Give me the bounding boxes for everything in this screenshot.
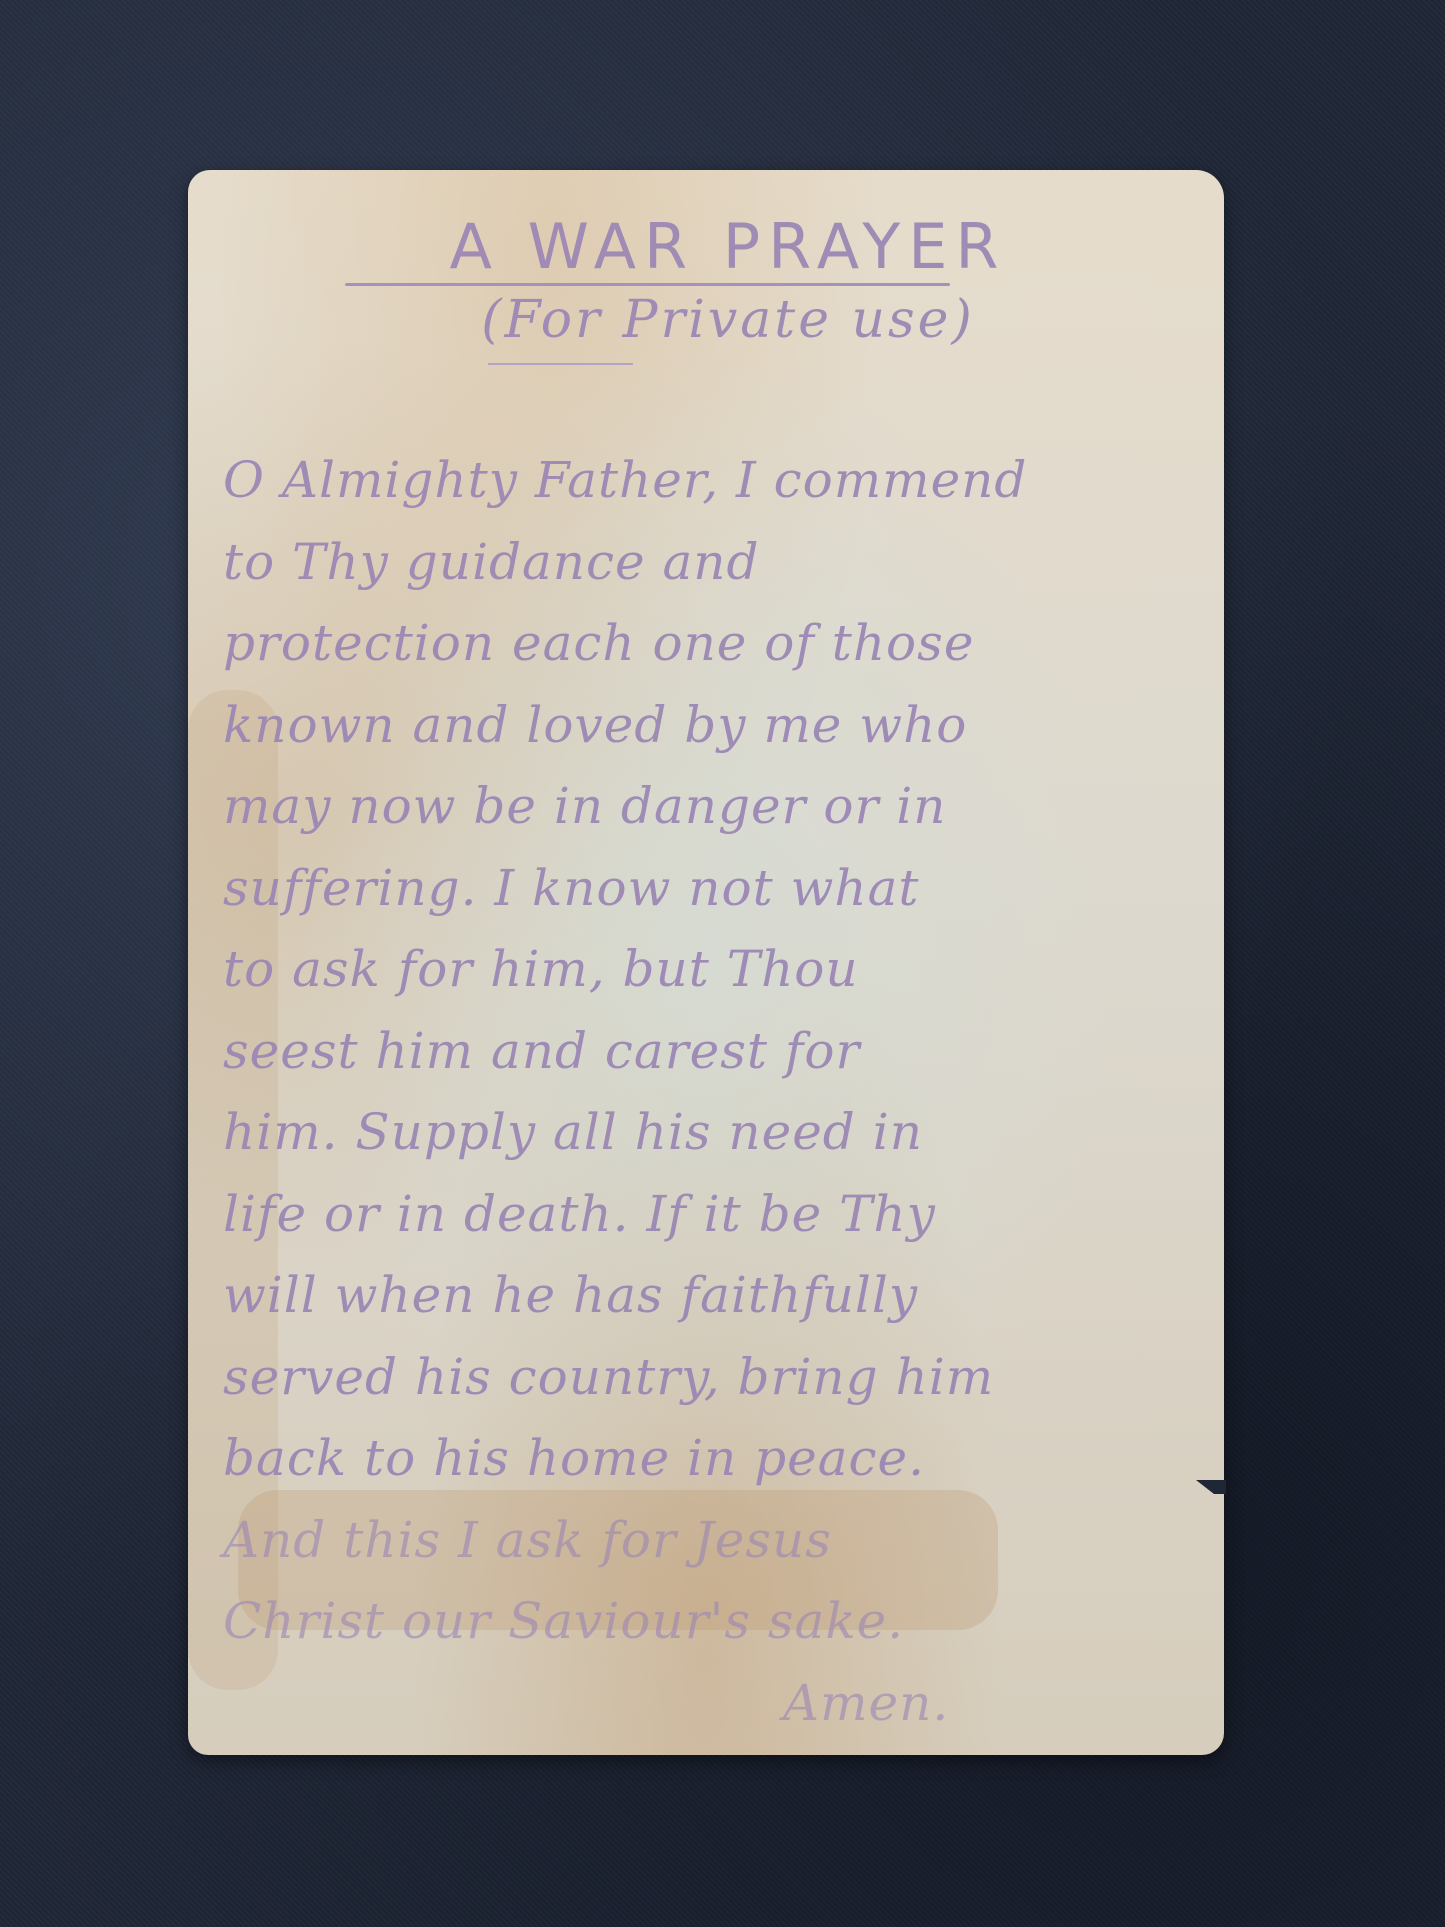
prayer-line: to ask for him, but Thou — [223, 929, 1213, 1011]
prayer-line: back to his home in peace. — [223, 1418, 1213, 1500]
prayer-line: him. Supply all his need in — [223, 1092, 1213, 1174]
prayer-line: served his country, bring him — [223, 1337, 1213, 1419]
prayer-line: to Thy guidance and — [223, 522, 1213, 604]
prayer-line: life or in death. If it be Thy — [223, 1174, 1213, 1256]
prayer-line: known and loved by me who — [223, 685, 1213, 767]
prayer-line: protection each one of those — [223, 603, 1213, 685]
card-title: A WAR PRAYER — [298, 210, 1158, 283]
prayer-text: O Almighty Father, I commend to Thy guid… — [223, 440, 1213, 1744]
prayer-line: And this I ask for Jesus — [223, 1500, 1213, 1582]
prayer-amen: Amen. — [223, 1663, 1213, 1745]
prayer-line: seest him and carest for — [223, 1011, 1213, 1093]
title-underline — [345, 283, 950, 286]
subtitle-underline — [488, 363, 633, 365]
prayer-line: O Almighty Father, I commend — [223, 440, 1213, 522]
prayer-line: suffering. I know not what — [223, 848, 1213, 930]
prayer-card: A WAR PRAYER (For Private use) O Almight… — [188, 170, 1224, 1755]
card-subtitle: (For Private use) — [298, 290, 1158, 350]
prayer-line: will when he has faithfully — [223, 1255, 1213, 1337]
prayer-line: Christ our Saviour's sake. — [223, 1581, 1213, 1663]
prayer-line: may now be in danger or in — [223, 766, 1213, 848]
